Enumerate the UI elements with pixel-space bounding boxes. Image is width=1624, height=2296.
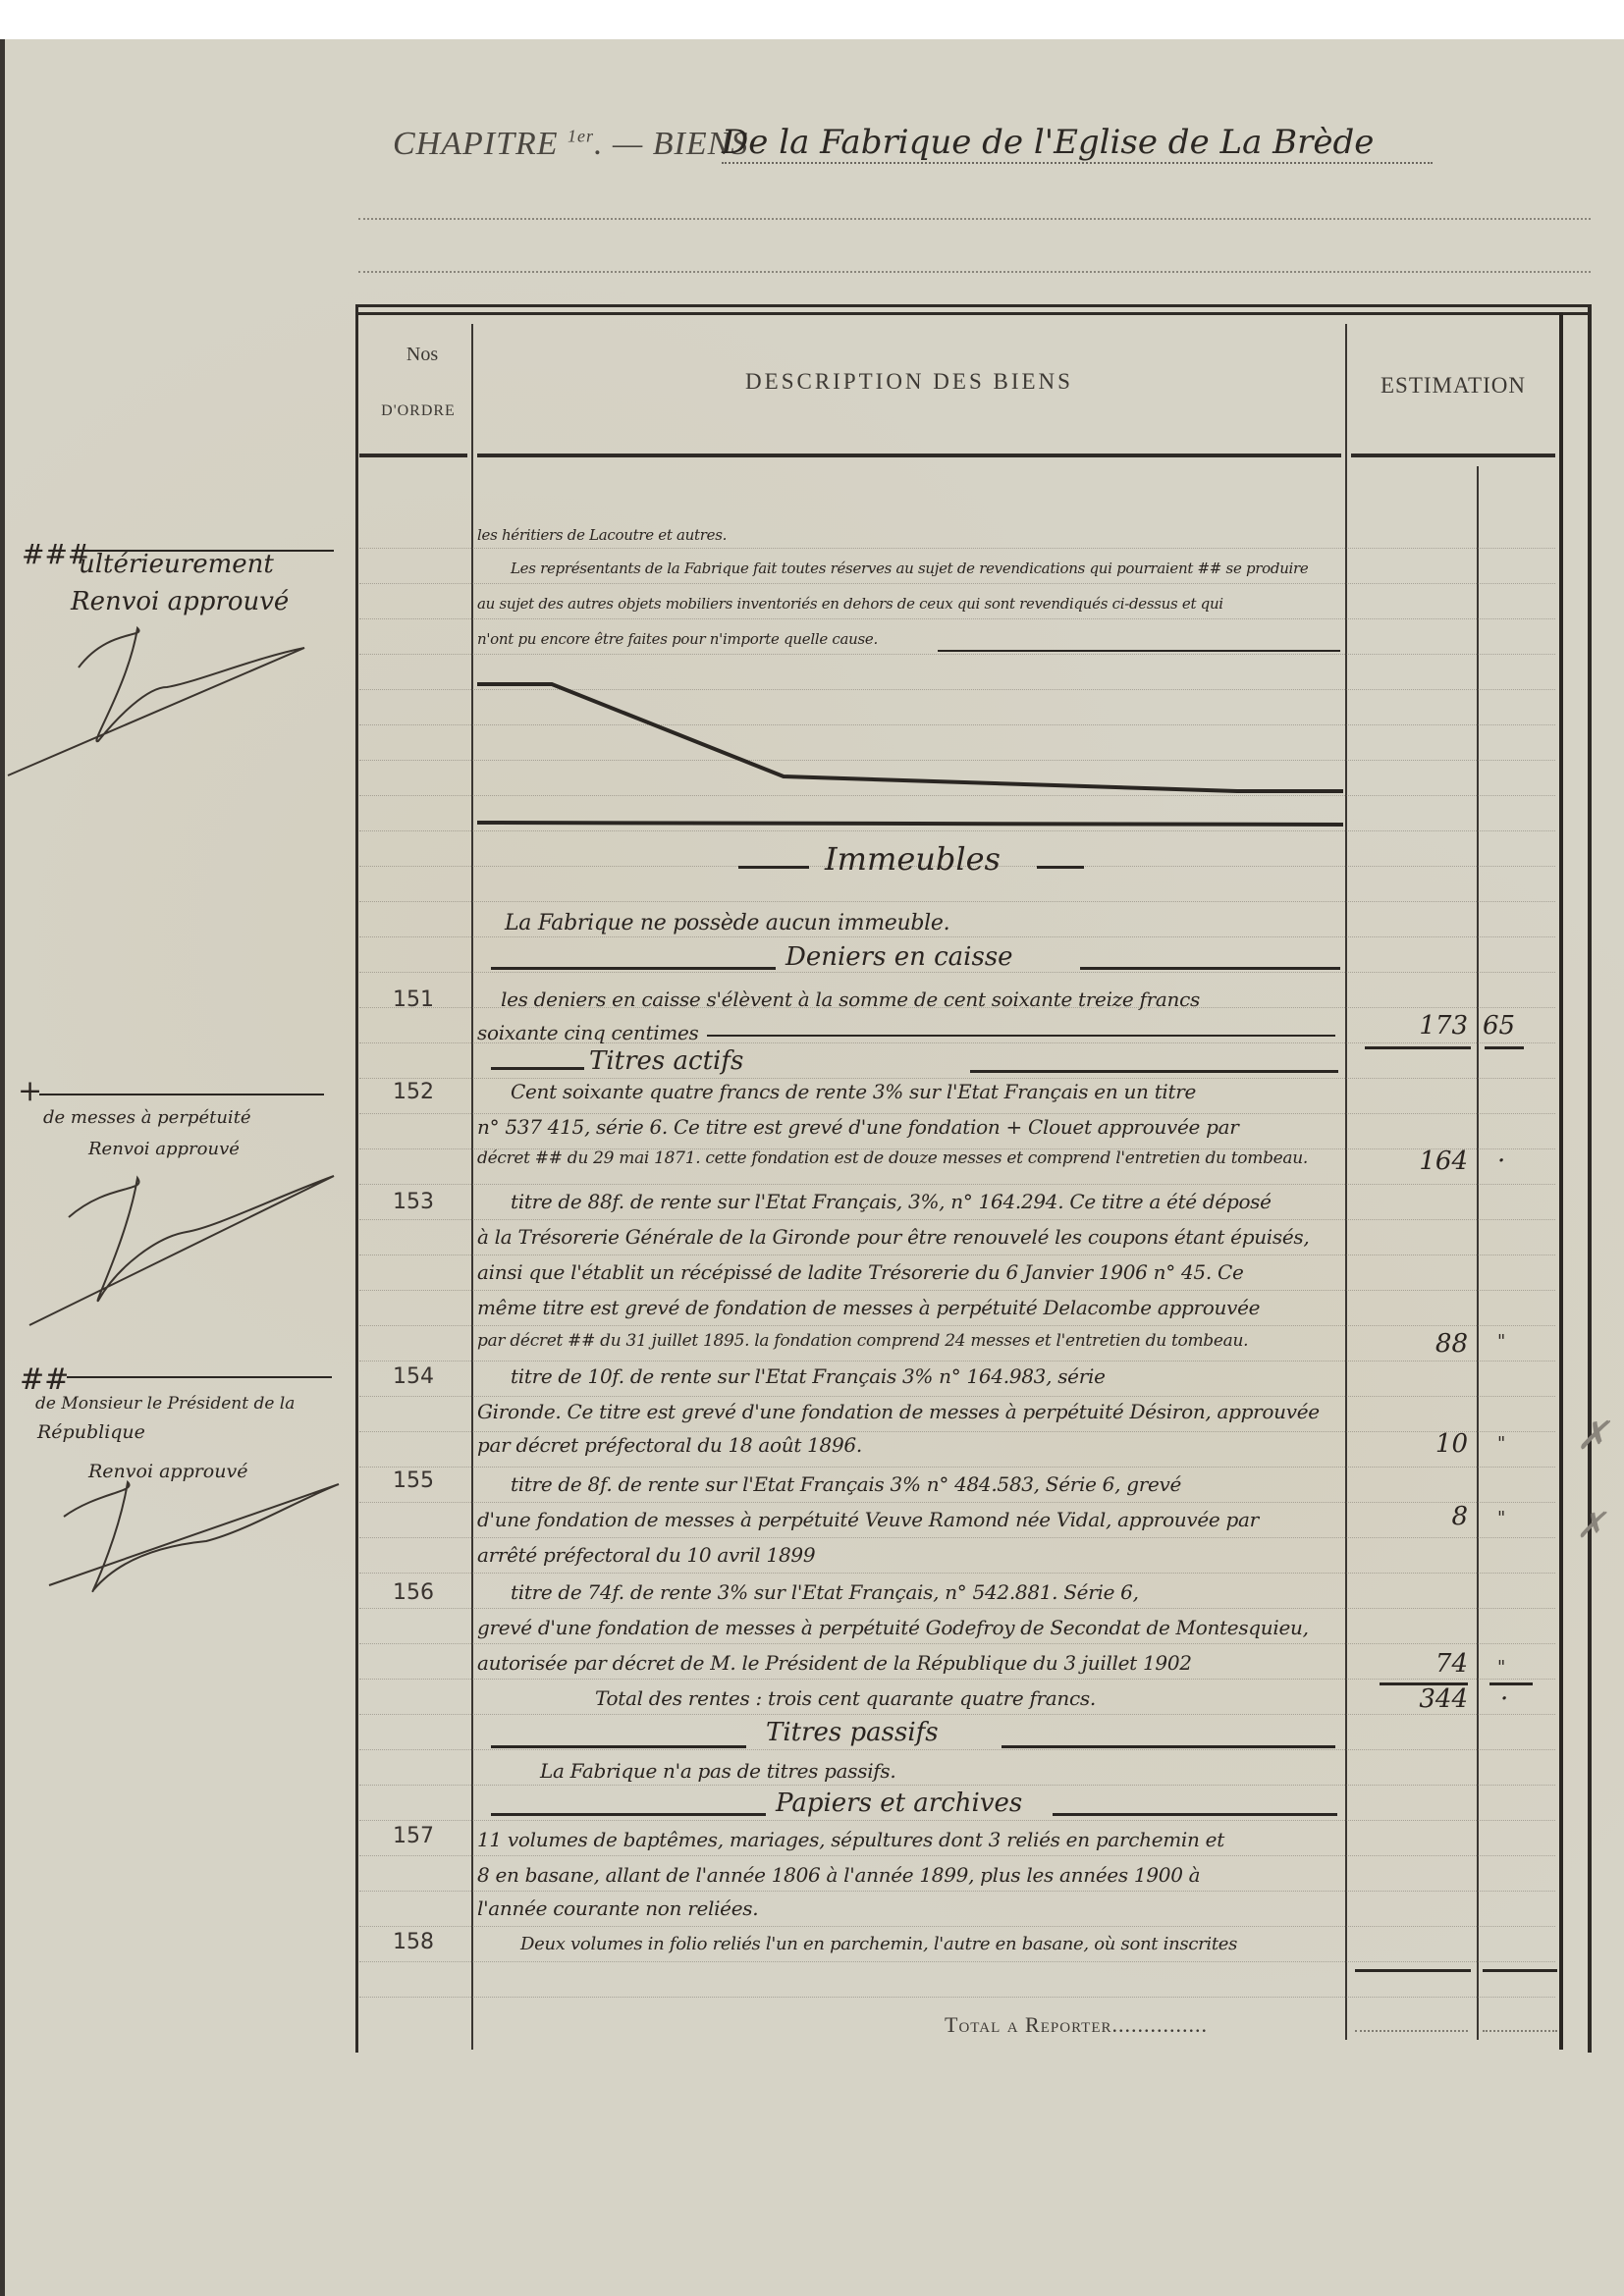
immeubles-right-rule [1037, 866, 1084, 869]
total-rentes-francs: 344 [1355, 1684, 1468, 1714]
row-153-centimes: " [1497, 1331, 1527, 1352]
row-152-line-1: Cent soixante quatre francs de rente 3% … [511, 1080, 1196, 1103]
row-155-line-3: arrêté préfectoral du 10 avril 1899 [477, 1543, 815, 1567]
row-151-end-line [707, 1035, 1335, 1037]
row-155-line-1: titre de 8f. de rente sur l'Etat Françai… [511, 1472, 1181, 1496]
row-153-line-2: à la Trésorerie Générale de la Gironde p… [477, 1225, 1309, 1249]
papiers-right-rule [1053, 1813, 1337, 1816]
deniers-right-rule [1080, 967, 1340, 970]
row-157-line-3: l'année courante non reliées. [477, 1896, 758, 1920]
row-151-line-1: les deniers en caisse s'élèvent à la som… [501, 988, 1200, 1011]
row-151-francs: 173 [1355, 1011, 1468, 1041]
row-156-total-line: Total des rentes : trois cent quarante q… [595, 1686, 1096, 1710]
row-151-francs-underline [1365, 1046, 1471, 1049]
section-titres-passifs: Titres passifs [766, 1718, 939, 1747]
row-152-centimes: · [1497, 1147, 1527, 1176]
row-154-francs: 10 [1355, 1429, 1468, 1459]
section-immeubles: Immeubles [825, 840, 1001, 878]
signature-3 [0, 0, 353, 2296]
row-158-line-1: Deux volumes in folio reliés l'un en par… [520, 1934, 1237, 1954]
row-153-francs: 88 [1355, 1329, 1468, 1359]
row-153-number: 153 [393, 1190, 434, 1214]
row-153-line-5: par décret ## du 31 juillet 1895. la fon… [477, 1331, 1248, 1351]
row-153-line-4: même titre est grevé de fondation de mes… [477, 1296, 1260, 1319]
right-margin-check-2: ✗ [1576, 1506, 1605, 1546]
row-154-line-2: Gironde. Ce titre est grevé d'une fondat… [477, 1400, 1320, 1423]
row-152-number: 152 [393, 1080, 434, 1104]
subtotal-centimes-rule [1483, 1969, 1557, 1972]
total-centimes-field [1483, 2030, 1557, 2032]
row-151-centimes-underline [1485, 1046, 1524, 1049]
row-154-line-1: titre de 10f. de rente sur l'Etat França… [511, 1364, 1106, 1388]
row-153-line-1: titre de 88f. de rente sur l'Etat França… [511, 1190, 1272, 1213]
row-158-number: 158 [393, 1930, 434, 1954]
right-margin-check-1: ✗ [1576, 1414, 1609, 1459]
papiers-left-rule [491, 1813, 766, 1816]
row-152-francs: 164 [1355, 1147, 1468, 1176]
titres-actifs-right-rule [970, 1070, 1338, 1073]
row-155-centimes: " [1497, 1508, 1527, 1528]
row-155-francs: 8 [1355, 1502, 1468, 1531]
row-156-line-3: autorisée par décret de M. le Président … [477, 1651, 1192, 1675]
row-156-francs: 74 [1355, 1649, 1468, 1679]
row-151-number: 151 [393, 988, 434, 1012]
section-papiers: Papiers et archives [776, 1789, 1022, 1818]
row-156-line-1: titre de 74f. de rente 3% sur l'Etat Fra… [511, 1580, 1139, 1604]
row-156-centimes: " [1497, 1657, 1527, 1678]
row-157-number: 157 [393, 1824, 434, 1848]
subtotal-francs-rule [1355, 1969, 1471, 1972]
titres-passifs-right-rule [1001, 1745, 1335, 1748]
row-154-number: 154 [393, 1364, 434, 1389]
row-156-number: 156 [393, 1580, 434, 1605]
row-151-line-2: soixante cinq centimes [477, 1021, 698, 1044]
deniers-left-rule [491, 967, 776, 970]
row-157-line-2: 8 en basane, allant de l'année 1806 à l'… [477, 1863, 1200, 1887]
row-153-line-3: ainsi que l'établit un récépissé de ladi… [477, 1260, 1243, 1284]
total-a-reporter-label: Total a Reporter............... [945, 2012, 1208, 2038]
row-156-line-2: grevé d'une fondation de messes à perpét… [477, 1616, 1309, 1639]
row-154-centimes: " [1497, 1433, 1527, 1454]
row-152-line-2: n° 537 415, série 6. Ce titre est grevé … [477, 1115, 1238, 1139]
total-label-dots: ............... [1112, 2012, 1209, 2037]
row-152-line-3: décret ## du 29 mai 1871. cette fondatio… [477, 1148, 1308, 1168]
row-154-line-3: par décret préfectoral du 18 août 1896. [477, 1433, 862, 1457]
titres-actifs-left-rule [491, 1067, 584, 1070]
total-rentes-centimes: · [1500, 1684, 1530, 1714]
titres-passifs-text: La Fabrique n'a pas de titres passifs. [540, 1759, 895, 1783]
section-deniers: Deniers en caisse [785, 942, 1013, 972]
row-157-line-1: 11 volumes de baptêmes, mariages, sépult… [477, 1828, 1224, 1851]
row-155-line-2: d'une fondation de messes à perpétuité V… [477, 1508, 1259, 1531]
row-151-centimes: 65 [1483, 1011, 1522, 1041]
row-155-number: 155 [393, 1468, 434, 1493]
immeubles-text: La Fabrique ne possède aucun immeuble. [505, 911, 949, 935]
titres-passifs-left-rule [491, 1745, 746, 1748]
total-francs-field [1355, 2030, 1468, 2032]
section-titres-actifs: Titres actifs [589, 1046, 743, 1076]
total-label-text: Total a Reporter [945, 2012, 1112, 2037]
immeubles-left-rule [738, 866, 809, 869]
